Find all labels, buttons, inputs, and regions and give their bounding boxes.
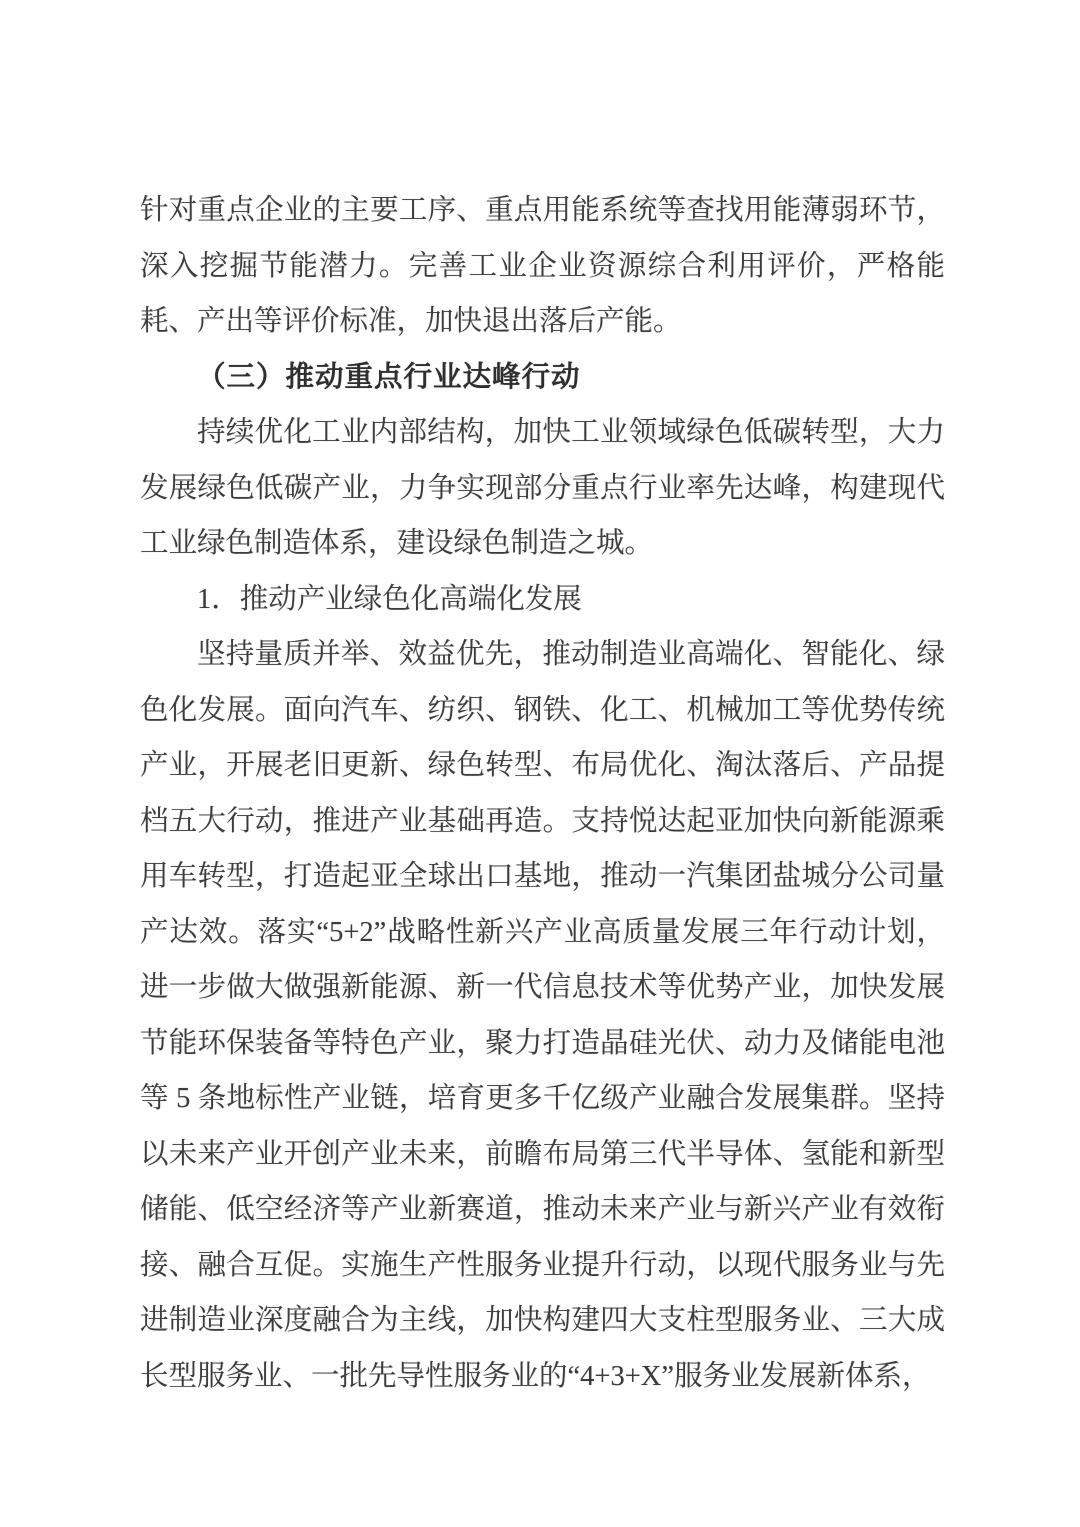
paragraph-industry-development-details: 坚持量质并举、效益优先，推动制造业高端化、智能化、绿色化发展。面向汽车、纺织、钢… — [140, 627, 945, 1404]
document-page: 针对重点企业的主要工序、重点用能系统等查找用能薄弱环节，深入挖掘节能潜力。完善工… — [0, 0, 1080, 1527]
section-heading-key-industry-peak-action: （三）推动重点行业达峰行动 — [140, 350, 945, 406]
paragraph-industrial-structure-optimization: 持续优化工业内部结构，加快工业领域绿色低碳转型，大力发展绿色低碳产业，力争实现部… — [140, 405, 945, 572]
subsection-heading-green-highend-industry: 1．推动产业绿色化高端化发展 — [140, 572, 945, 628]
document-text-block: 针对重点企业的主要工序、重点用能系统等查找用能薄弱环节，深入挖掘节能潜力。完善工… — [140, 183, 945, 1404]
paragraph-energy-audit-continuation: 针对重点企业的主要工序、重点用能系统等查找用能薄弱环节，深入挖掘节能潜力。完善工… — [140, 183, 945, 350]
